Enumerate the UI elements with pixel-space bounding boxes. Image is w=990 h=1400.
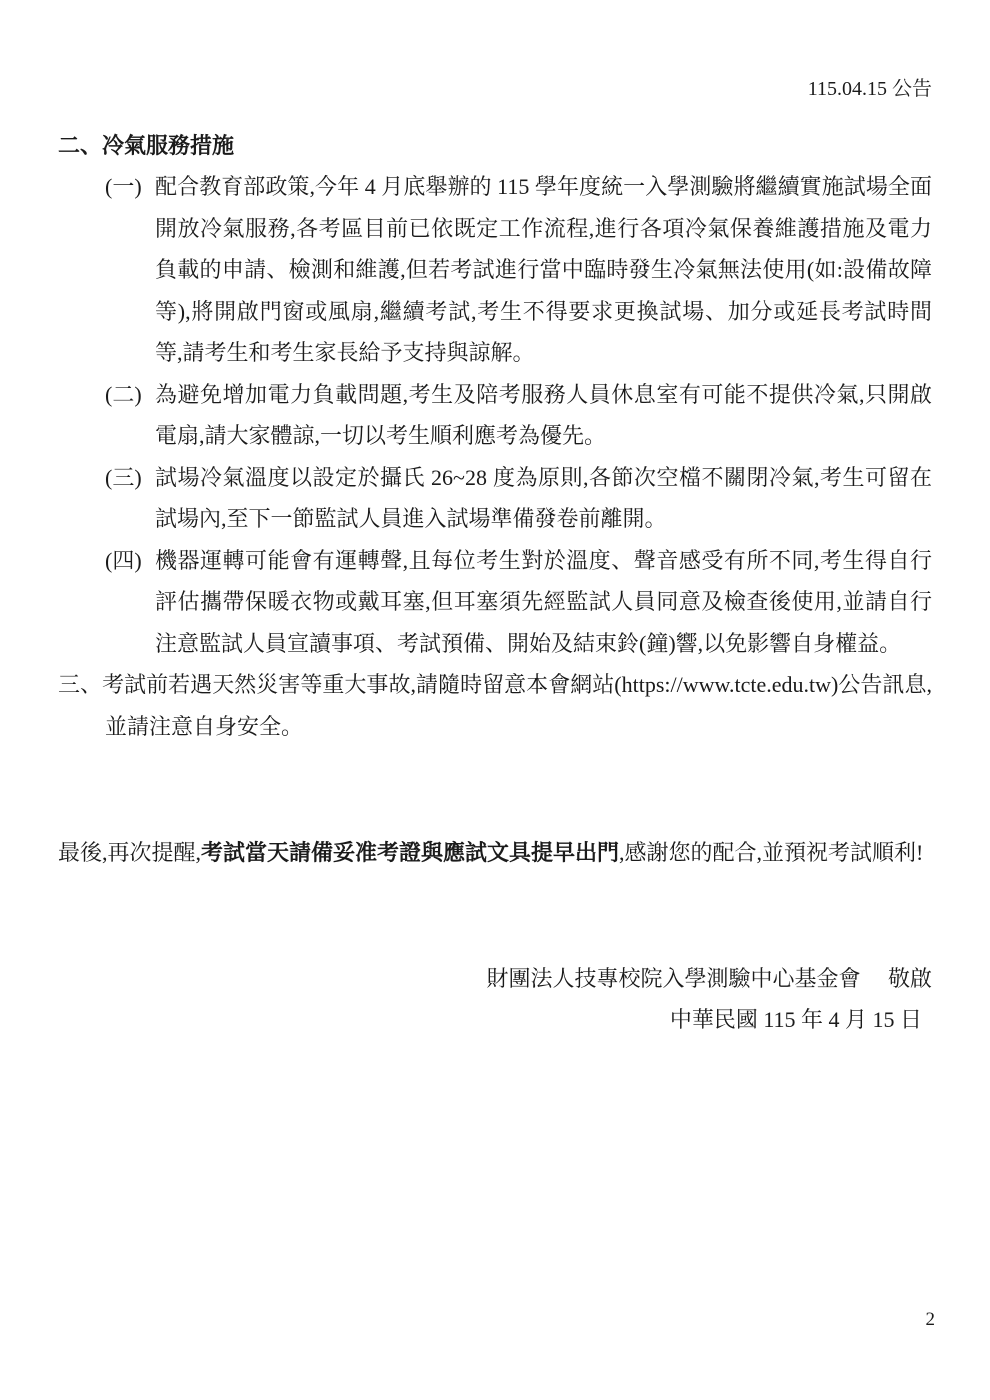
section-3-marker: 三、 <box>58 672 102 697</box>
section-3: 三、考試前若遇天然災害等重大事故,請隨時留意本會網站(https://www.t… <box>58 664 932 747</box>
closing-prefix: 最後,再次提醒, <box>58 840 201 865</box>
list-item: (三) 試場冷氣溫度以設定於攝氏 26~28 度為原則,各節次空檔不關閉冷氣,考… <box>105 457 932 540</box>
announcement-date: 115.04.15 公告 <box>58 69 932 111</box>
signature-organization: 財團法人技專校院入學測驗中心基金會 敬啟 <box>58 958 932 1000</box>
item-marker: (四) <box>105 540 155 665</box>
page-number: 2 <box>926 1305 936 1335</box>
item-marker: (三) <box>105 457 155 540</box>
section-2-heading: 二、冷氣服務措施 <box>58 125 932 167</box>
list-item: (二) 為避免增加電力負載問題,考生及陪考服務人員休息室有可能不提供冷氣,只開啟… <box>105 374 932 457</box>
signature-block: 財團法人技專校院入學測驗中心基金會 敬啟 中華民國 115 年 4 月 15 日 <box>58 958 932 1041</box>
item-text: 為避免增加電力負載問題,考生及陪考服務人員休息室有可能不提供冷氣,只開啟電扇,請… <box>155 374 932 457</box>
list-item: (一) 配合教育部政策,今年 4 月底舉辦的 115 學年度統一入學測驗將繼續實… <box>105 166 932 374</box>
announcement-url: https://www.tcte.edu.tw <box>622 672 831 697</box>
item-marker: (一) <box>105 166 155 374</box>
item-text: 配合教育部政策,今年 4 月底舉辦的 115 學年度統一入學測驗將繼續實施試場全… <box>155 166 932 374</box>
closing-suffix: ,感謝您的配合,並預祝考試順利! <box>619 840 923 865</box>
document-page: 115.04.15 公告 二、冷氣服務措施 (一) 配合教育部政策,今年 4 月… <box>0 0 990 1400</box>
list-item: (四) 機器運轉可能會有運轉聲,且每位考生對於溫度、聲音感受有所不同,考生得自行… <box>105 540 932 665</box>
closing-bold-reminder: 考試當天請備妥准考證與應試文具提早出門 <box>201 840 619 865</box>
section-3-text: 考試前若遇天然災害等重大事故,請隨時留意本會網站( <box>102 672 622 697</box>
item-text: 試場冷氣溫度以設定於攝氏 26~28 度為原則,各節次空檔不關閉冷氣,考生可留在… <box>155 457 932 540</box>
signature-date: 中華民國 115 年 4 月 15 日 <box>58 999 932 1041</box>
item-marker: (二) <box>105 374 155 457</box>
item-text: 機器運轉可能會有運轉聲,且每位考生對於溫度、聲音感受有所不同,考生得自行評估攜帶… <box>155 540 932 665</box>
closing-paragraph: 最後,再次提醒,考試當天請備妥准考證與應試文具提早出門,感謝您的配合,並預祝考試… <box>58 832 932 874</box>
